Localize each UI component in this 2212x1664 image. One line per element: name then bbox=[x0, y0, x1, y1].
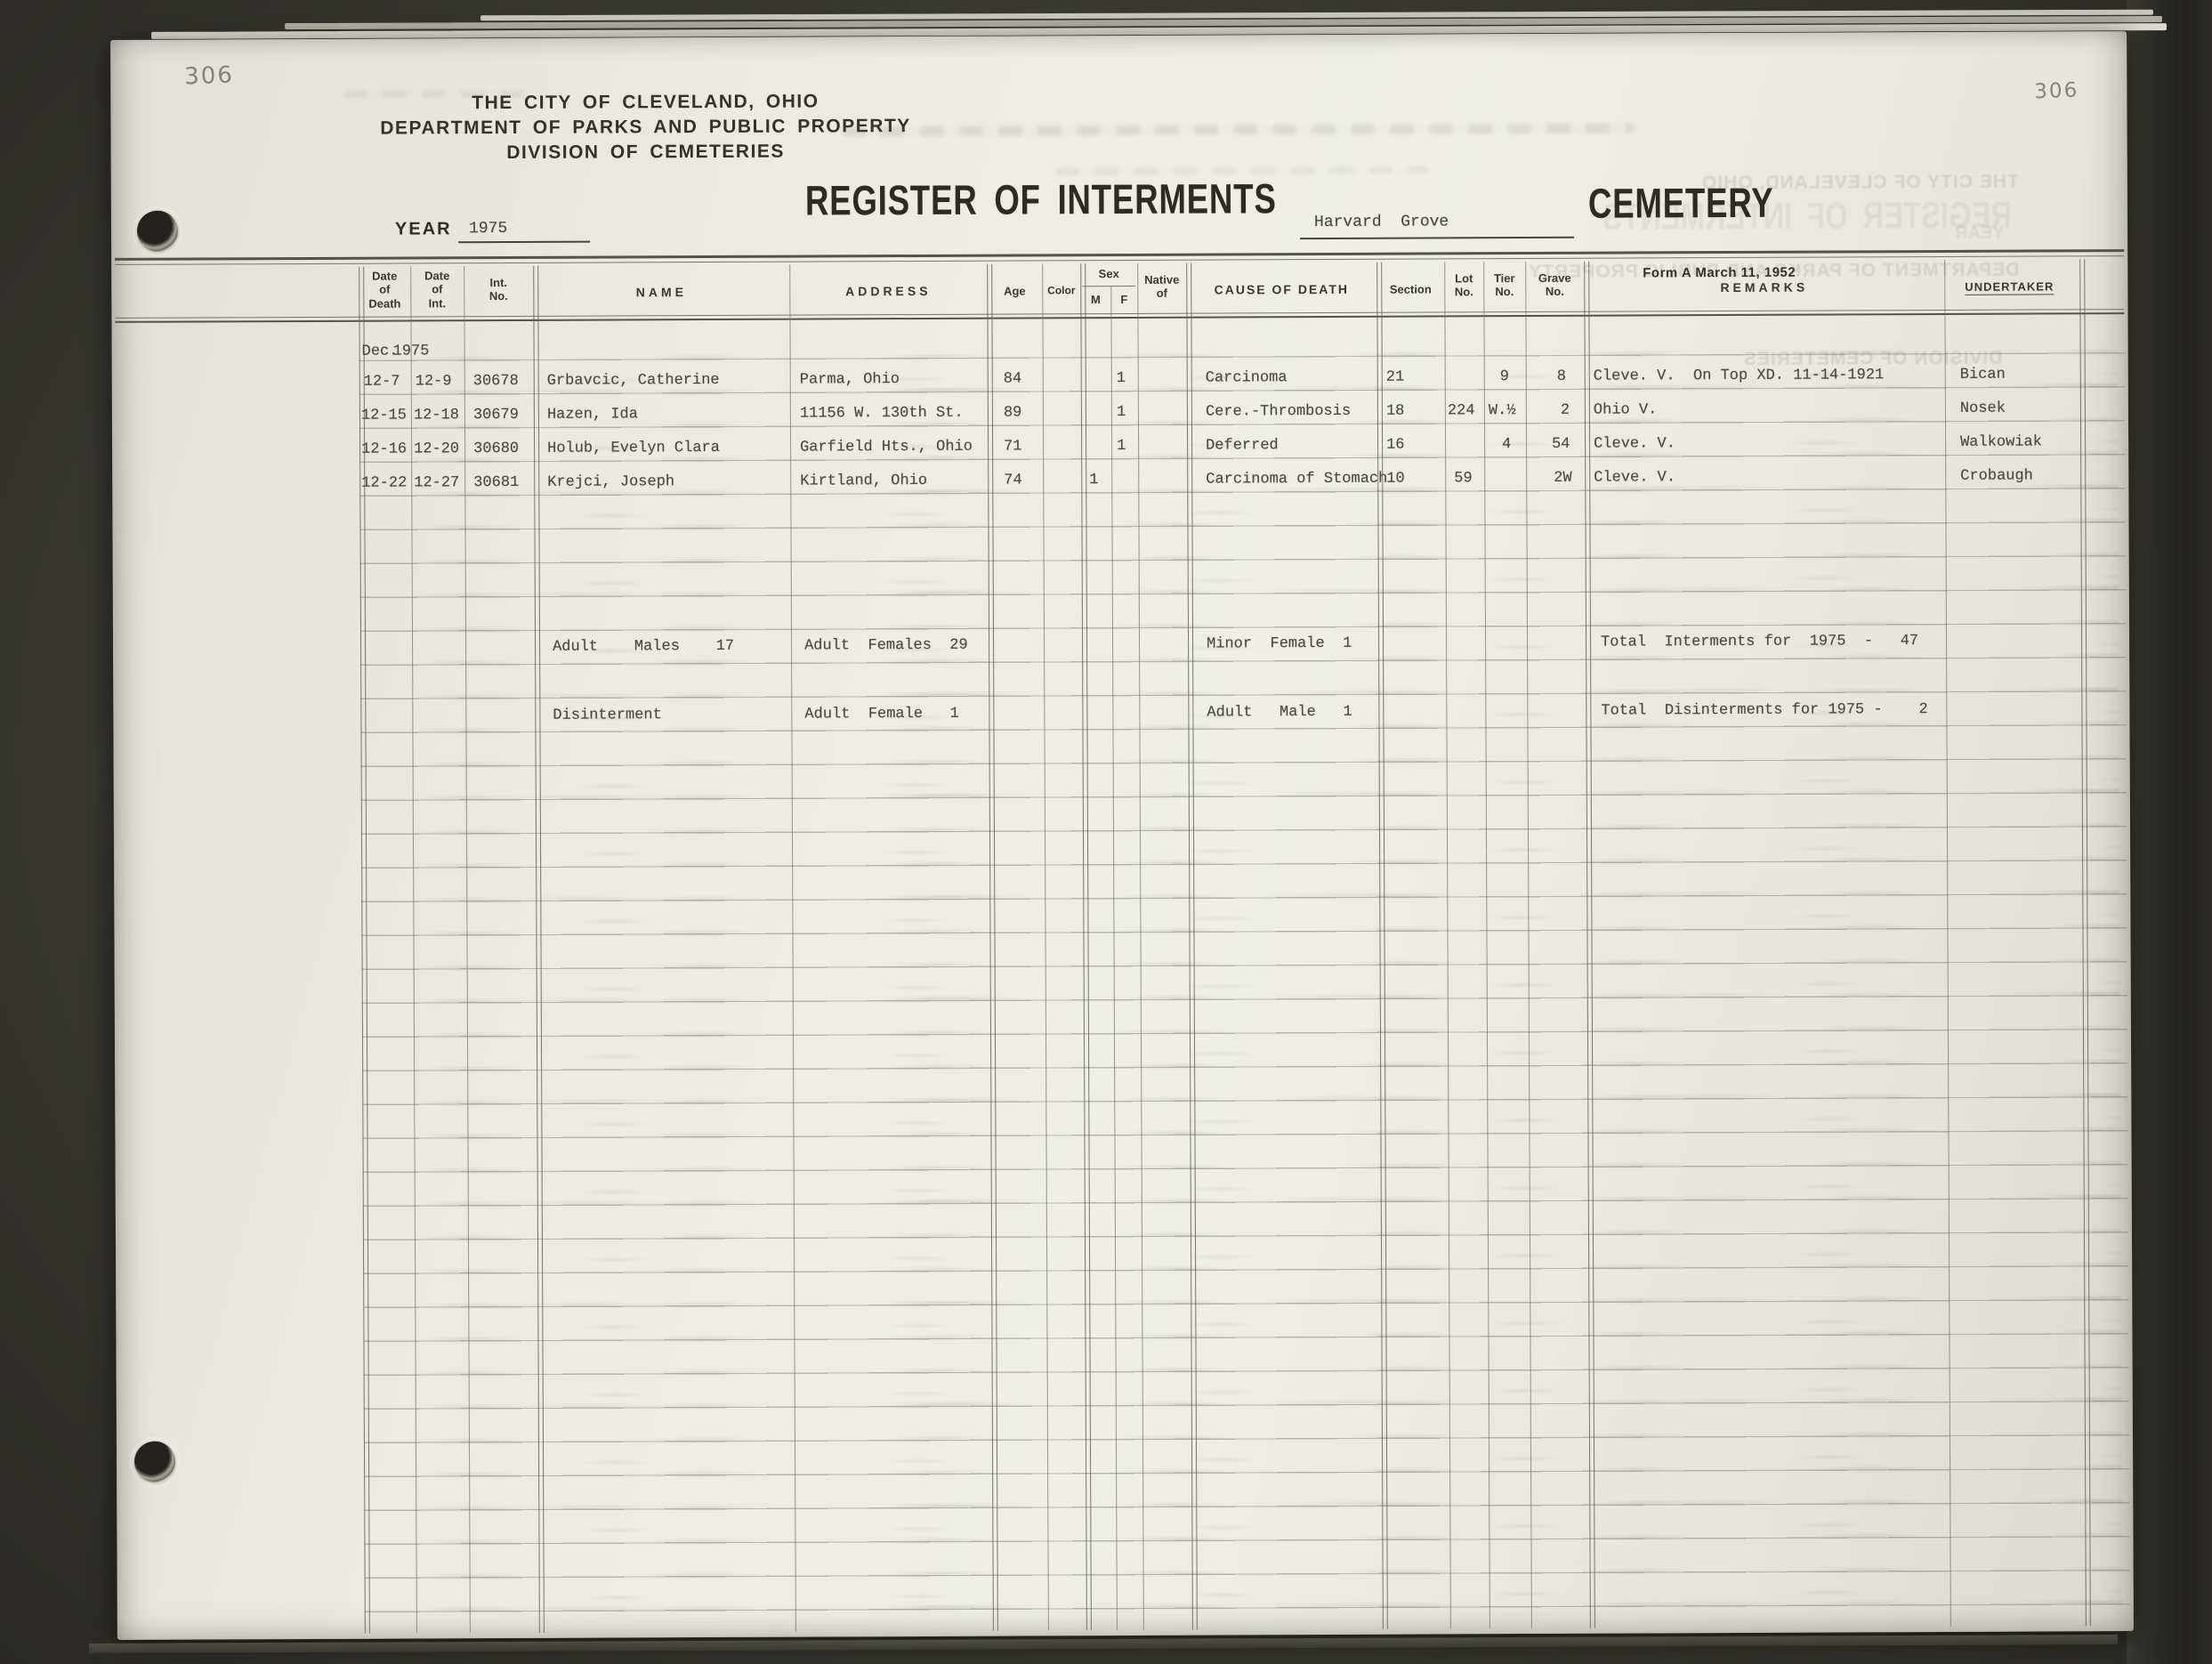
cell-undertaker: Crobaugh bbox=[1960, 467, 2033, 487]
cell-age: 89 bbox=[1004, 403, 1022, 423]
cell-date-of-death: 12-22 bbox=[361, 474, 407, 494]
binder-hole-top bbox=[137, 211, 178, 252]
year-value: 1975 bbox=[469, 219, 507, 238]
header-remarks: REMARKS bbox=[1584, 279, 1944, 295]
summary-total-interments: Total Interments for 1975 - 47 bbox=[1601, 632, 1918, 653]
header-cause-of-death: CAUSE OF DEATH bbox=[1186, 282, 1376, 297]
header-int-no: Int. No. bbox=[464, 276, 533, 303]
cell-grave: 8 bbox=[1557, 368, 1566, 387]
cell-address: Kirtland, Ohio bbox=[800, 472, 927, 492]
cell-cause: Carcinoma bbox=[1206, 368, 1288, 388]
header-undertaker: UNDERTAKER bbox=[1944, 279, 2074, 294]
summary-disinterment-label: Disinterment bbox=[553, 706, 662, 726]
cell-date-of-int: 12-27 bbox=[414, 473, 459, 493]
cell-month-year: 1975 bbox=[393, 342, 430, 361]
cell-remarks: Cleve. V. bbox=[1594, 468, 1675, 488]
cell-tier: 9 bbox=[1500, 368, 1509, 387]
cell-cause: Cere.-Thrombosis bbox=[1206, 402, 1351, 423]
cell-sex-f: 1 bbox=[1117, 369, 1126, 389]
cell-age: 71 bbox=[1004, 437, 1022, 456]
cell-section: 10 bbox=[1386, 470, 1405, 489]
header-date-of-int: Date of Int. bbox=[410, 269, 464, 310]
cell-section: 18 bbox=[1386, 402, 1405, 422]
header-sex: Sex bbox=[1080, 267, 1137, 281]
letterhead: THE CITY OF CLEVELAND, OHIO DEPARTMENT O… bbox=[370, 89, 920, 166]
cell-int-no: 30681 bbox=[473, 473, 519, 493]
year-label: YEAR bbox=[395, 219, 452, 239]
cell-date-of-int: 12-9 bbox=[416, 372, 452, 392]
cell-date-of-death: 12-7 bbox=[364, 373, 400, 392]
cell-address: Parma, Ohio bbox=[800, 370, 900, 390]
year-underline bbox=[458, 241, 590, 244]
cell-section: 21 bbox=[1386, 368, 1405, 388]
cell-remarks: Ohio V. bbox=[1594, 400, 1658, 420]
header-address: ADDRESS bbox=[789, 284, 987, 299]
cell-undertaker: Walkowiak bbox=[1960, 432, 2042, 452]
cell-date-of-death: 12-16 bbox=[361, 440, 407, 460]
page-number-right: 306 bbox=[2034, 78, 2079, 103]
cell-grave: 54 bbox=[1552, 435, 1570, 455]
header-name: NAME bbox=[533, 285, 789, 301]
cell-sex-f: 1 bbox=[1117, 437, 1126, 456]
summary-total-disinterments: Total Disinterments for 1975 - 2 bbox=[1601, 700, 1927, 722]
header-undertaker-label: UNDERTAKER bbox=[1965, 279, 2054, 295]
cell-name: Hazen, Ida bbox=[547, 405, 638, 424]
cell-lot: 224 bbox=[1448, 401, 1475, 421]
scanned-register-page: 306 306 THE CITY OF CLEVELAND, OHIO DEPA… bbox=[0, 0, 2212, 1664]
cell-cause: Carcinoma of Stomach bbox=[1206, 470, 1387, 490]
bleed-through-rows bbox=[363, 332, 2123, 1612]
page-number-left: 306 bbox=[184, 61, 235, 90]
cell-name: Holub, Evelyn Clara bbox=[547, 439, 720, 459]
header-grave-no: Grave No. bbox=[1525, 271, 1584, 299]
form-note: Form A March 11, 1952 bbox=[1643, 265, 1796, 281]
cell-date-of-int: 12-18 bbox=[414, 406, 459, 425]
cell-cause: Deferred bbox=[1206, 436, 1279, 456]
header-sex-m: M bbox=[1080, 293, 1110, 306]
cell-undertaker: Nosek bbox=[1960, 400, 2006, 419]
cell-remarks: Cleve. V. bbox=[1594, 434, 1675, 454]
cell-grave: 2W bbox=[1554, 469, 1572, 489]
header-lot-no: Lot No. bbox=[1444, 271, 1483, 299]
cell-sex-f: 1 bbox=[1117, 403, 1126, 423]
cemetery-name-underline bbox=[1300, 237, 1574, 239]
cell-date-of-int: 12-20 bbox=[414, 440, 459, 459]
bleed-through-smudge bbox=[843, 123, 1635, 136]
summary-adult-males: Adult Males 17 bbox=[553, 637, 734, 658]
header-tier-no: Tier No. bbox=[1483, 271, 1525, 299]
letterhead-line3: DIVISION OF CEMETERIES bbox=[371, 139, 921, 166]
cell-address: Garfield Hts., Ohio bbox=[800, 438, 973, 458]
header-sex-f: F bbox=[1110, 293, 1137, 306]
header-age: Age bbox=[987, 284, 1042, 298]
cell-date-of-death: 12-15 bbox=[361, 407, 407, 426]
cell-int-no: 30680 bbox=[473, 440, 519, 459]
cell-undertaker: Bican bbox=[1960, 366, 2006, 385]
bleed-through-year: YEAR bbox=[1955, 223, 2005, 244]
cell-name: Grbavcic, Catherine bbox=[547, 371, 720, 392]
register-title: REGISTER OF INTERMENTS bbox=[805, 174, 1277, 224]
cemetery-label: CEMETERY bbox=[1588, 178, 1774, 228]
cemetery-name: Harvard Grove bbox=[1314, 212, 1449, 232]
cell-age: 84 bbox=[1004, 369, 1022, 389]
letterhead-line1: THE CITY OF CLEVELAND, OHIO bbox=[370, 89, 920, 117]
cell-int-no: 30678 bbox=[473, 372, 519, 392]
header-date-of-death: Date of Death bbox=[359, 269, 410, 310]
cell-int-no: 30679 bbox=[473, 406, 519, 425]
cell-tier: W.½ bbox=[1489, 401, 1516, 421]
binder-hole-bottom bbox=[134, 1442, 175, 1482]
cell-remarks: Cleve. V. On Top XD. 11-14-1921 bbox=[1594, 366, 1885, 386]
summary-adult-females: Adult Females 29 bbox=[804, 636, 968, 657]
cell-lot: 59 bbox=[1454, 469, 1473, 489]
header-native-of: Native of bbox=[1137, 273, 1186, 301]
cell-address: 11156 W. 130th St. bbox=[800, 404, 964, 424]
cell-section: 16 bbox=[1386, 436, 1405, 456]
cell-tier: 4 bbox=[1502, 435, 1511, 455]
summary-disinterment-male: Adult Male 1 bbox=[1207, 703, 1352, 723]
cell-name: Krejci, Joseph bbox=[547, 473, 674, 493]
cell-age: 74 bbox=[1004, 471, 1022, 490]
summary-minor-female: Minor Female 1 bbox=[1207, 634, 1352, 655]
header-section: Section bbox=[1376, 282, 1444, 296]
cell-grave: 2 bbox=[1561, 401, 1570, 421]
summary-disinterment-female: Adult Female 1 bbox=[804, 705, 959, 725]
cell-sex-m: 1 bbox=[1089, 471, 1098, 490]
sex-divider-rule bbox=[1082, 286, 1135, 287]
letterhead-line2: DEPARTMENT OF PARKS AND PUBLIC PROPERTY bbox=[370, 114, 920, 141]
header-color: Color bbox=[1042, 284, 1080, 296]
